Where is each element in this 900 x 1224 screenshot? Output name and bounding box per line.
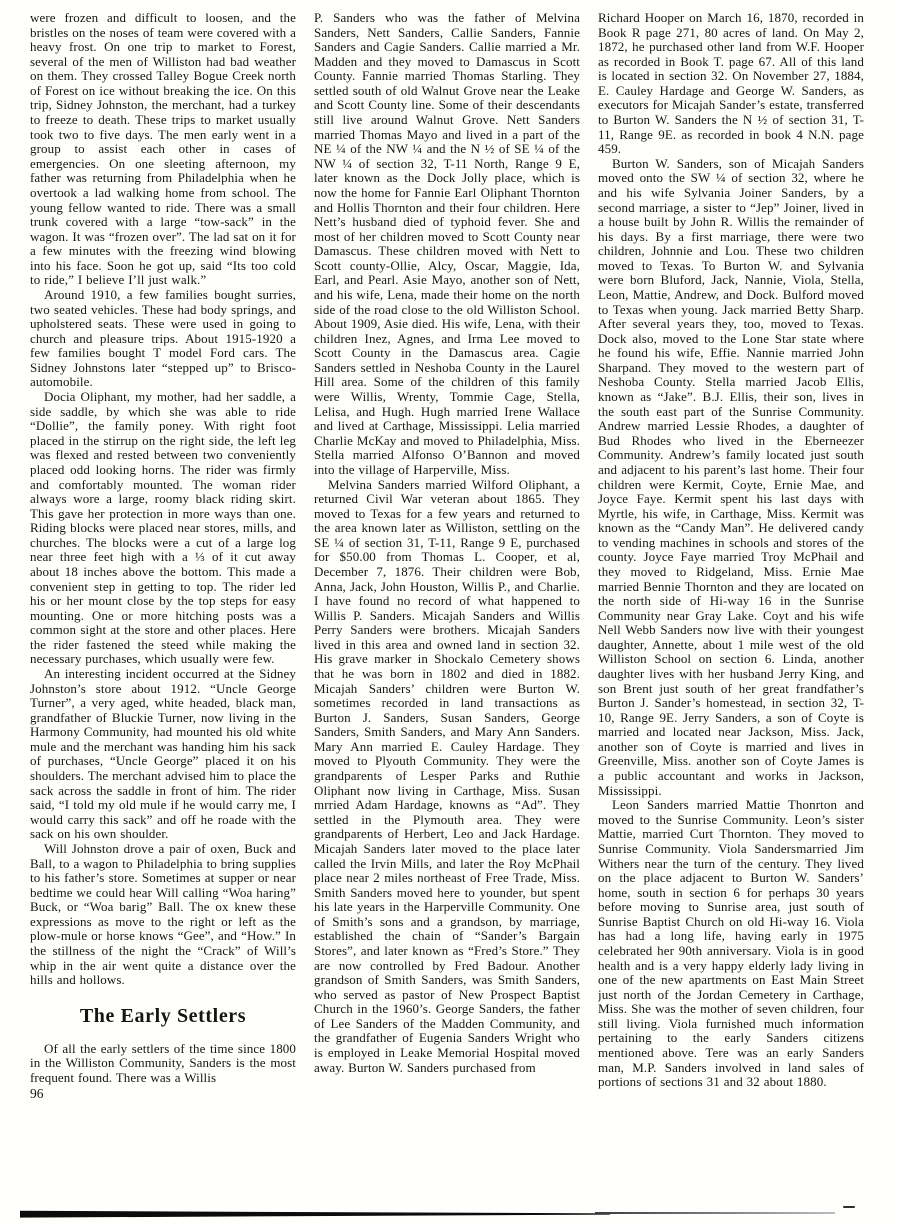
paragraph: P. Sanders who was the father of Melvina…: [314, 11, 580, 478]
paragraph: An interesting incident occurred at the …: [30, 667, 296, 842]
paragraph: Of all the early settlers of the time si…: [30, 1042, 296, 1086]
scan-artifact-bar: [20, 1210, 610, 1218]
paragraph: Richard Hooper on March 16, 1870, record…: [598, 11, 864, 157]
paragraph: Burton W. Sanders, son of Micajah Sander…: [598, 157, 864, 798]
paragraph: Will Johnston drove a pair of oxen, Buck…: [30, 842, 296, 988]
section-heading: The Early Settlers: [30, 1005, 296, 1027]
paragraph: were frozen and difficult to loosen, and…: [30, 11, 296, 288]
scan-artifact-bar-tail: [595, 1212, 835, 1214]
text-column-3: Richard Hooper on March 16, 1870, record…: [598, 11, 864, 1196]
book-page: were frozen and difficult to loosen, and…: [0, 0, 900, 1224]
text-column-2: P. Sanders who was the father of Melvina…: [314, 11, 580, 1196]
text-column-1: were frozen and difficult to loosen, and…: [30, 11, 296, 1196]
page-number: 96: [30, 1086, 296, 1101]
paragraph: Melvina Sanders married Wilford Oliphant…: [314, 478, 580, 1076]
paragraph: Leon Sanders married Mattie Thonrton and…: [598, 798, 864, 1090]
text-columns: were frozen and difficult to loosen, and…: [0, 0, 900, 1196]
paragraph: Around 1910, a few families bought surri…: [30, 288, 296, 390]
paragraph: Docia Oliphant, my mother, had her saddl…: [30, 390, 296, 667]
scan-artifact-dash: [843, 1206, 855, 1208]
